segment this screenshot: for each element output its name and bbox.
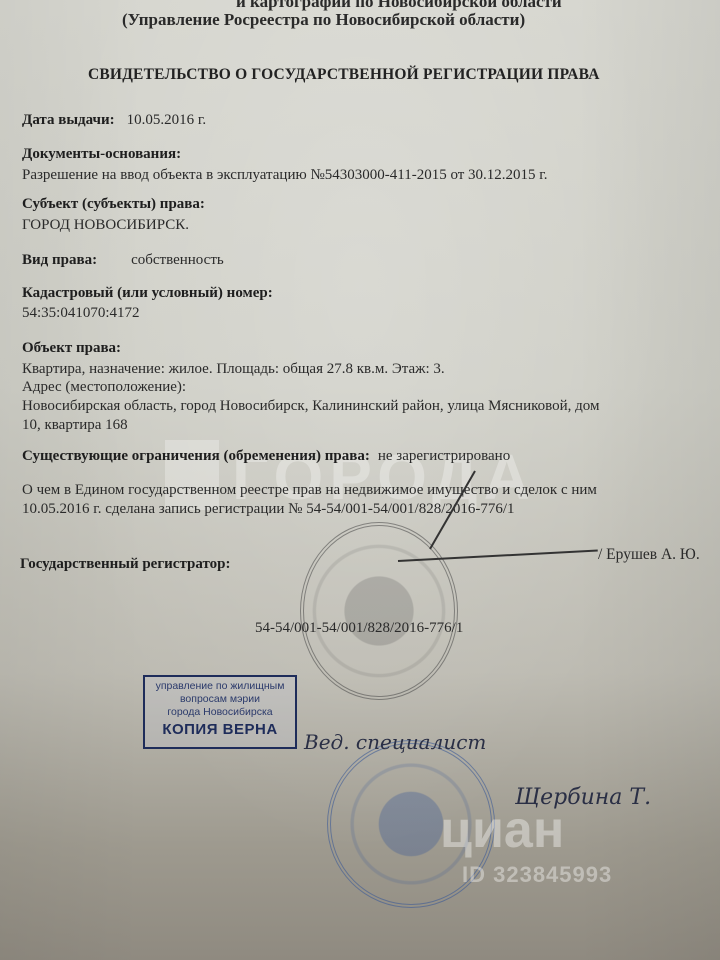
copy-stamp-line-1: управление по жилищным [145,680,295,693]
copy-stamp-line-2: вопросам мэрии [145,693,295,706]
cian-watermark-logo: циан [440,800,564,860]
subjects-label: Субъект (субъекты) права: [22,196,205,213]
document-title: СВИДЕТЕЛЬСТВО О ГОСУДАРСТВЕННОЙ РЕГИСТРА… [88,66,600,84]
issue-date-label: Дата выдачи: [22,112,115,128]
address-line-1: Новосибирская область, город Новосибирск… [22,398,599,415]
registry-note-line-1: О чем в Едином государственном реестре п… [22,482,597,499]
right-type-label: Вид права: [22,252,97,268]
encumbrances-label: Существующие ограничения (обременения) п… [22,448,370,464]
right-type-row: Вид права: собственность [22,251,224,269]
copy-certified-stamp: управление по жилищным вопросам мэрии го… [143,675,297,749]
record-number: 54-54/001-54/001/828/2016-776/1 [255,620,463,637]
copy-stamp-line-3: города Новосибирска [145,706,295,719]
basis-documents-label: Документы-основания: [22,146,181,163]
subjects-value: ГОРОД НОВОСИБИРСК. [22,217,189,234]
right-type-value: собственность [131,252,224,268]
cian-watermark-id: ID 323845993 [462,862,612,888]
registry-note-line-2: 10.05.2016 г. сделана запись регистрации… [22,501,515,518]
object-label: Объект права: [22,340,121,357]
issue-date-row: Дата выдачи: 10.05.2016 г. [22,111,206,129]
encumbrances-row: Существующие ограничения (обременения) п… [22,447,510,465]
header-line-2: (Управление Росреестра по Новосибирской … [122,10,525,30]
encumbrances-value: не зарегистрировано [378,448,510,464]
handwritten-position: Вед. специалист [304,730,486,754]
copy-stamp-main: КОПИЯ ВЕРНА [145,721,295,738]
cadastral-number-value: 54:35:041070:4172 [22,305,140,322]
address-line-2: 10, квартира 168 [22,417,128,434]
registrar-label: Государственный регистратор: [20,556,230,573]
issue-date-value: 10.05.2016 г. [127,112,206,128]
address-label: Адрес (местоположение): [22,379,186,396]
registrar-name: / Ерушев А. Ю. [598,546,700,564]
object-description: Квартира, назначение: жилое. Площадь: об… [22,361,445,378]
basis-documents-value: Разрешение на ввод объекта в эксплуатаци… [22,167,548,184]
registrar-seal [300,522,458,700]
cadastral-number-label: Кадастровый (или условный) номер: [22,285,273,302]
